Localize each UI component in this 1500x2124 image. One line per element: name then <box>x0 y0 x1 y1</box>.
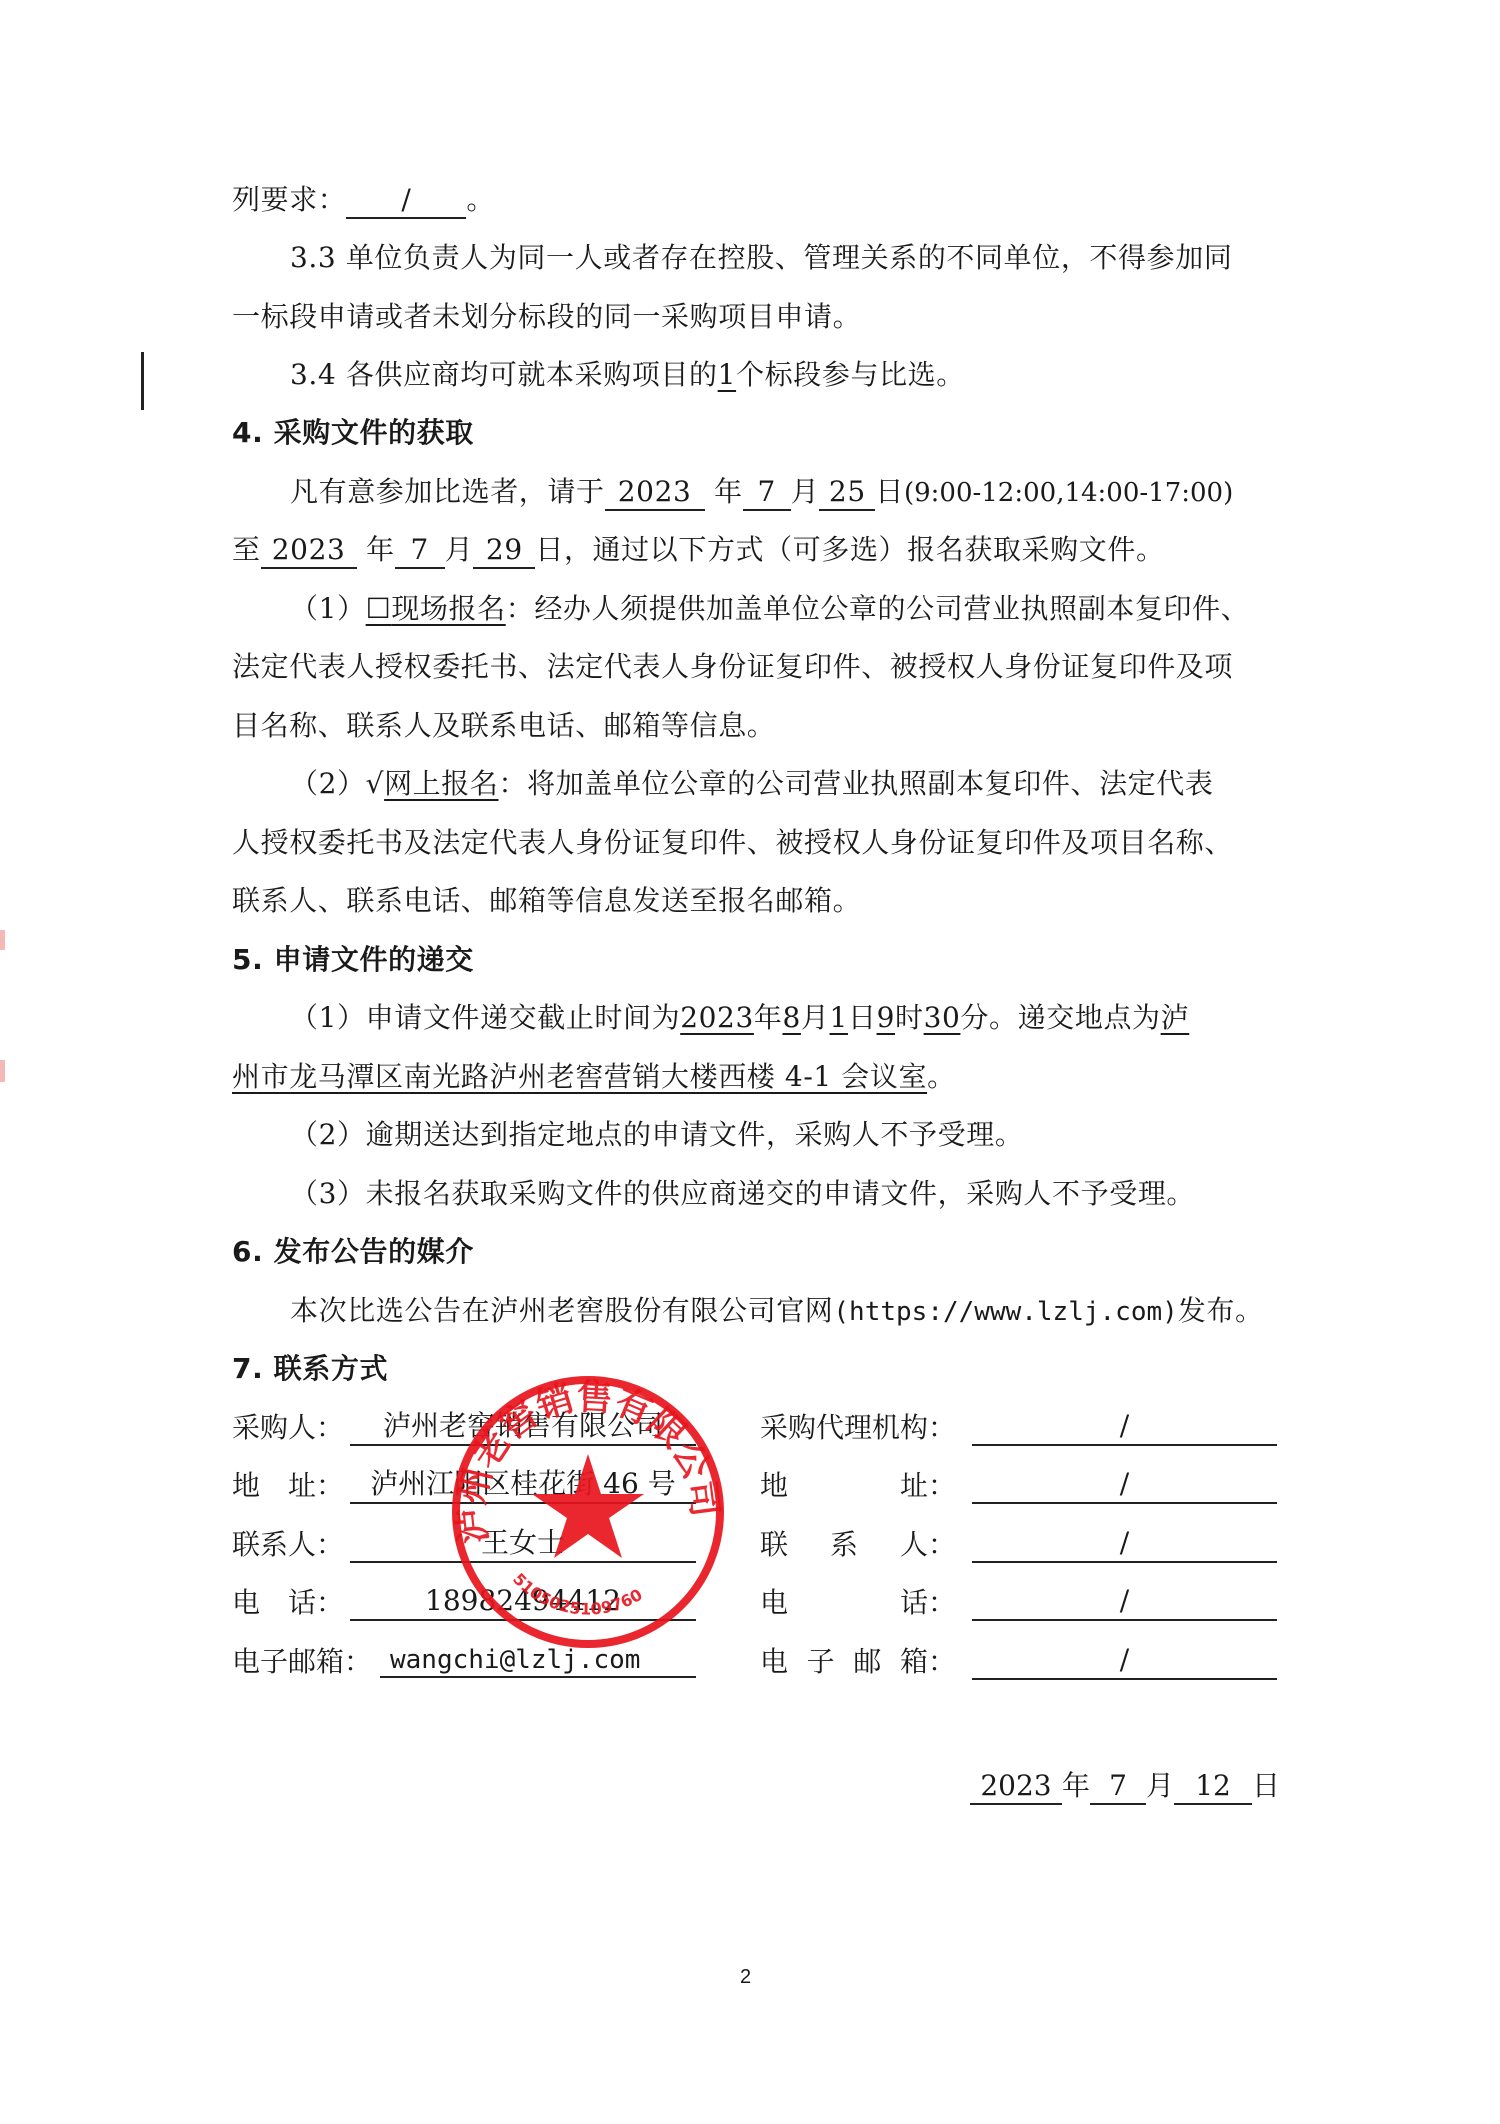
submission-location: 州市龙马潭区南光路泸州老窖营销大楼西楼 4-1 会议室。 <box>232 1057 1282 1097</box>
contact-row-email: 电子邮箱： wangchi@lzlj.com 电子邮箱： / <box>0 1642 1500 1682</box>
purchaser-label: 采购人： <box>232 1408 352 1448</box>
scan-edge-mark <box>0 1060 5 1082</box>
start-year: 2023 <box>605 475 705 511</box>
location-part2: 州市龙马潭区南光路泸州老窖营销大楼西楼 4-1 会议室 <box>232 1060 927 1093</box>
acquisition-period-line2: 至2023 年7月29日，通过以下方式（可多选）报名获取采购文件。 <box>232 530 1282 570</box>
checkbox-unchecked-icon: ☐ <box>366 592 392 625</box>
phone-value: 18982494412 <box>350 1583 696 1621</box>
section-4-heading: 4. 采购文件的获取 <box>232 413 1282 453</box>
punct: 。 <box>466 183 495 216</box>
sign-day: 12 <box>1174 1769 1252 1805</box>
location-label: 分。递交地点为 <box>960 1001 1160 1034</box>
agency-contact-label: 联系人： <box>760 1525 956 1565</box>
day-label: 日 <box>1252 1769 1280 1802</box>
agency-address-label: 地址： <box>760 1466 956 1506</box>
deadline-year: 2023 <box>680 1001 754 1034</box>
media-text: 本次比选公告在泸州老窖股份有限公司官网 <box>290 1294 833 1327</box>
end-day: 29 <box>473 533 535 569</box>
option-number: （1） <box>290 592 366 625</box>
deadline-hour: 9 <box>877 1001 895 1034</box>
option-onsite-line3: 目名称、联系人及联系电话、邮箱等信息。 <box>232 706 1282 746</box>
onsite-text: ：经办人须提供加盖单位公章的公司营业执照副本复印件、 <box>506 592 1250 625</box>
agency-email-label: 电子邮箱： <box>760 1642 956 1682</box>
location-part1: 泸 <box>1161 1001 1190 1034</box>
deadline-month: 8 <box>783 1001 801 1034</box>
section-5-heading: 5. 申请文件的递交 <box>232 940 1282 980</box>
acquisition-period-line1: 凡有意参加比选者，请于2023 年7月25日(9:00-12:00,14:00-… <box>290 472 1282 512</box>
to-label: 至 <box>232 533 261 566</box>
deadline-day: 1 <box>830 1001 848 1034</box>
office-hours: (9:00-12:00,14:00-17:00) <box>904 478 1233 508</box>
year-label: 年 <box>366 533 395 566</box>
deadline-label: （1）申请文件递交截止时间为 <box>290 1001 680 1034</box>
agency-contact-value: / <box>972 1525 1277 1563</box>
agency-phone-label: 电话： <box>760 1583 956 1623</box>
item-3-3-line1: 3.3 单位负责人为同一人或者存在控股、管理关系的不同单位，不得参加同 <box>290 238 1282 278</box>
address-value: 泸州江阳区桂花街 46 号 <box>350 1466 696 1504</box>
email-value[interactable]: wangchi@lzlj.com <box>380 1642 696 1678</box>
phone-label: 电 话： <box>232 1583 352 1623</box>
option-online-line2: 人授权委托书及法定代表人身份证复印件、被授权人身份证复印件及项目名称、 <box>232 823 1282 863</box>
agency-email-value: / <box>972 1642 1277 1680</box>
item-3-4-suffix: 个标段参与比选。 <box>736 358 965 391</box>
unregistered-rule: （3）未报名获取采购文件的供应商递交的申请文件，采购人不予受理。 <box>290 1174 1282 1214</box>
email-label: 电子邮箱： <box>232 1642 372 1682</box>
month-label: 月 <box>445 533 474 566</box>
item-3-4: 3.4 各供应商均可就本采购项目的1个标段参与比选。 <box>290 355 1282 395</box>
year-label: 年 <box>714 475 743 508</box>
month-label: 月 <box>791 475 820 508</box>
start-month: 7 <box>743 475 791 511</box>
requirement-label: 列要求： <box>232 183 346 216</box>
online-text: ：将加盖单位公章的公司营业执照副本复印件、法定代表 <box>498 767 1213 800</box>
purchaser-value: 泸州老窖销售有限公司 <box>350 1408 696 1446</box>
agency-label: 采购代理机构： <box>760 1408 960 1448</box>
contact-row-phone: 电 话： 18982494412 电话： / <box>0 1583 1500 1623</box>
sign-month: 7 <box>1090 1769 1146 1805</box>
address-label: 地 址： <box>232 1466 352 1506</box>
page-number: 2 <box>740 1966 751 1989</box>
lot-count: 1 <box>718 358 736 391</box>
requirement-value: / <box>346 183 466 219</box>
submission-deadline: （1）申请文件递交截止时间为2023年8月1日9时30分。递交地点为泸 <box>290 998 1282 1038</box>
month-label: 月 <box>1146 1769 1174 1802</box>
deadline-minute: 30 <box>924 1001 961 1034</box>
section-7-heading: 7. 联系方式 <box>232 1349 1282 1389</box>
month-label: 月 <box>801 1001 830 1034</box>
revision-bar <box>141 352 144 410</box>
agency-value: / <box>972 1408 1277 1446</box>
signature-date: 2023年7月12日 <box>970 1766 1280 1806</box>
day-label: 日 <box>875 475 904 508</box>
year-label: 年 <box>754 1001 783 1034</box>
onsite-registration: ☐现场报名 <box>366 592 506 625</box>
agency-phone-value: / <box>972 1583 1277 1621</box>
late-submission-rule: （2）逾期送达到指定地点的申请文件，采购人不予受理。 <box>290 1115 1282 1155</box>
requirement-line: 列要求：/。 <box>232 180 1282 220</box>
item-3-3-line2: 一标段申请或者未划分标段的同一采购项目申请。 <box>232 297 1282 337</box>
year-label: 年 <box>1062 1769 1090 1802</box>
sign-year: 2023 <box>970 1769 1062 1805</box>
publication-media: 本次比选公告在泸州老窖股份有限公司官网(https://www.lzlj.com… <box>290 1291 1282 1331</box>
checkmark-icon: √ <box>366 767 384 800</box>
intro-text: 凡有意参加比选者，请于 <box>290 475 605 508</box>
item-3-4-text: 3.4 各供应商均可就本采购项目的 <box>290 358 718 391</box>
contact-row-address: 地 址： 泸州江阳区桂花街 46 号 地址： / <box>0 1466 1500 1506</box>
end-month: 7 <box>395 533 445 569</box>
start-day: 25 <box>819 475 875 511</box>
contact-row-contact: 联系人： 王女士 联系人： / <box>0 1525 1500 1565</box>
contact-row-purchaser: 采购人： 泸州老窖销售有限公司 采购代理机构： / <box>0 1408 1500 1448</box>
day-label: 日 <box>848 1001 877 1034</box>
contact-value: 王女士 <box>350 1525 696 1563</box>
media-suffix: 发布。 <box>1178 1294 1264 1327</box>
option-number: （2） <box>290 767 366 800</box>
option-online-line3: 联系人、联系电话、邮箱等信息发送至报名邮箱。 <box>232 881 1282 921</box>
svg-text:泸州老窖销售有限公司: 泸州老窖销售有限公司 <box>451 1377 725 1546</box>
scan-edge-mark <box>0 930 5 950</box>
section-6-heading: 6. 发布公告的媒介 <box>232 1232 1282 1272</box>
option-online: （2）√网上报名：将加盖单位公章的公司营业执照副本复印件、法定代表 <box>290 764 1282 804</box>
online-title: 网上报名 <box>384 767 498 800</box>
option-onsite-line2: 法定代表人授权委托书、法定代表人身份证复印件、被授权人身份证复印件及项 <box>232 647 1282 687</box>
end-year: 2023 <box>261 533 357 569</box>
document-page: 列要求：/。 3.3 单位负责人为同一人或者存在控股、管理关系的不同单位，不得参… <box>0 0 1500 2124</box>
seal-ring-text: 泸州老窖销售有限公司 <box>451 1377 725 1546</box>
hour-label: 时 <box>895 1001 924 1034</box>
contact-label: 联系人： <box>232 1525 352 1565</box>
agency-address-value: / <box>972 1466 1277 1504</box>
onsite-title: 现场报名 <box>391 592 505 625</box>
website-link[interactable]: (https://www.lzlj.com) <box>833 1297 1177 1327</box>
option-onsite: （1）☐现场报名：经办人须提供加盖单位公章的公司营业执照副本复印件、 <box>290 589 1282 629</box>
punct: 。 <box>927 1060 956 1093</box>
intro-tail: 日，通过以下方式（可多选）报名获取采购文件。 <box>535 533 1164 566</box>
